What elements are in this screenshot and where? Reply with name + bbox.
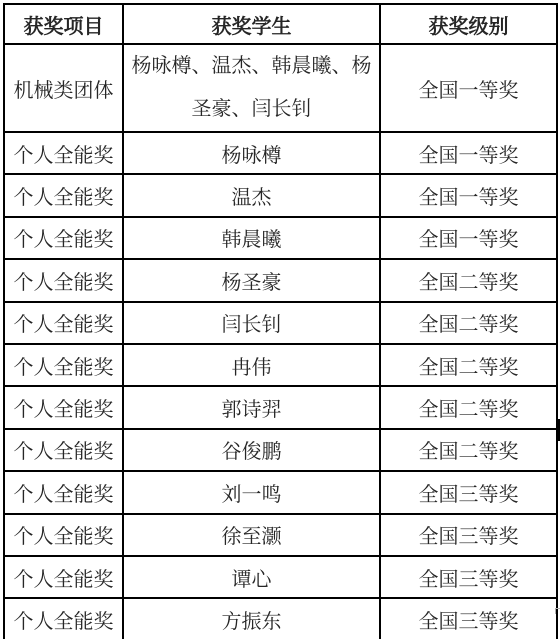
table-row: 机械类团体 杨咏樽、温杰、韩晨曦、杨圣豪、闫长钊 全国一等奖 (4, 44, 557, 132)
cell-project: 个人全能奖 (4, 514, 123, 556)
cell-level: 全国三等奖 (380, 471, 557, 513)
cell-level: 全国二等奖 (380, 259, 557, 301)
cell-level: 全国二等奖 (380, 302, 557, 344)
cell-project: 个人全能奖 (4, 556, 123, 598)
table-header-row: 获奖项目 获奖学生 获奖级别 (4, 4, 557, 44)
screen-artifact-dot (555, 608, 560, 614)
cell-project: 个人全能奖 (4, 598, 123, 639)
cell-project: 个人全能奖 (4, 344, 123, 386)
cell-project: 个人全能奖 (4, 386, 123, 428)
table-row: 个人全能奖 刘一鸣 全国三等奖 (4, 471, 557, 513)
cell-project: 个人全能奖 (4, 259, 123, 301)
cell-student: 徐至灏 (123, 514, 380, 556)
document-page: 获奖项目 获奖学生 获奖级别 机械类团体 杨咏樽、温杰、韩晨曦、杨圣豪、闫长钊 … (0, 0, 560, 639)
cell-student: 刘一鸣 (123, 471, 380, 513)
header-student: 获奖学生 (123, 4, 380, 44)
cell-level: 全国二等奖 (380, 429, 557, 471)
cell-level: 全国三等奖 (380, 598, 557, 639)
cell-student: 温杰 (123, 174, 380, 216)
cell-student: 杨咏樽 (123, 132, 380, 174)
cell-student: 闫长钊 (123, 302, 380, 344)
table-row: 个人全能奖 杨圣豪 全国二等奖 (4, 259, 557, 301)
table-row: 个人全能奖 温杰 全国一等奖 (4, 174, 557, 216)
table-row: 个人全能奖 徐至灏 全国三等奖 (4, 514, 557, 556)
cell-student: 谷俊鹏 (123, 429, 380, 471)
cell-level: 全国二等奖 (380, 386, 557, 428)
table-row: 个人全能奖 郭诗羿 全国二等奖 (4, 386, 557, 428)
table-row: 个人全能奖 冉伟 全国二等奖 (4, 344, 557, 386)
cell-project: 机械类团体 (4, 44, 123, 132)
cell-project: 个人全能奖 (4, 429, 123, 471)
cell-project: 个人全能奖 (4, 217, 123, 259)
header-project: 获奖项目 (4, 4, 123, 44)
cell-level: 全国一等奖 (380, 44, 557, 132)
table-row: 个人全能奖 闫长钊 全国二等奖 (4, 302, 557, 344)
cell-student: 方振东 (123, 598, 380, 639)
table-row: 个人全能奖 杨咏樽 全国一等奖 (4, 132, 557, 174)
awards-table: 获奖项目 获奖学生 获奖级别 机械类团体 杨咏樽、温杰、韩晨曦、杨圣豪、闫长钊 … (3, 3, 558, 639)
cell-student: 杨咏樽、温杰、韩晨曦、杨圣豪、闫长钊 (123, 44, 380, 132)
cell-student: 冉伟 (123, 344, 380, 386)
cell-level: 全国一等奖 (380, 217, 557, 259)
cell-project: 个人全能奖 (4, 471, 123, 513)
table-row: 个人全能奖 谷俊鹏 全国二等奖 (4, 429, 557, 471)
table-row: 个人全能奖 谭心 全国三等奖 (4, 556, 557, 598)
cell-level: 全国三等奖 (380, 514, 557, 556)
cell-project: 个人全能奖 (4, 174, 123, 216)
cell-project: 个人全能奖 (4, 132, 123, 174)
cell-level: 全国一等奖 (380, 132, 557, 174)
cell-student: 郭诗羿 (123, 386, 380, 428)
table-row: 个人全能奖 韩晨曦 全国一等奖 (4, 217, 557, 259)
cell-student: 谭心 (123, 556, 380, 598)
cell-project: 个人全能奖 (4, 302, 123, 344)
cell-level: 全国一等奖 (380, 174, 557, 216)
table-row: 个人全能奖 方振东 全国三等奖 (4, 598, 557, 639)
header-level: 获奖级别 (380, 4, 557, 44)
cell-level: 全国二等奖 (380, 344, 557, 386)
cell-level: 全国三等奖 (380, 556, 557, 598)
cell-student: 杨圣豪 (123, 259, 380, 301)
cell-student: 韩晨曦 (123, 217, 380, 259)
